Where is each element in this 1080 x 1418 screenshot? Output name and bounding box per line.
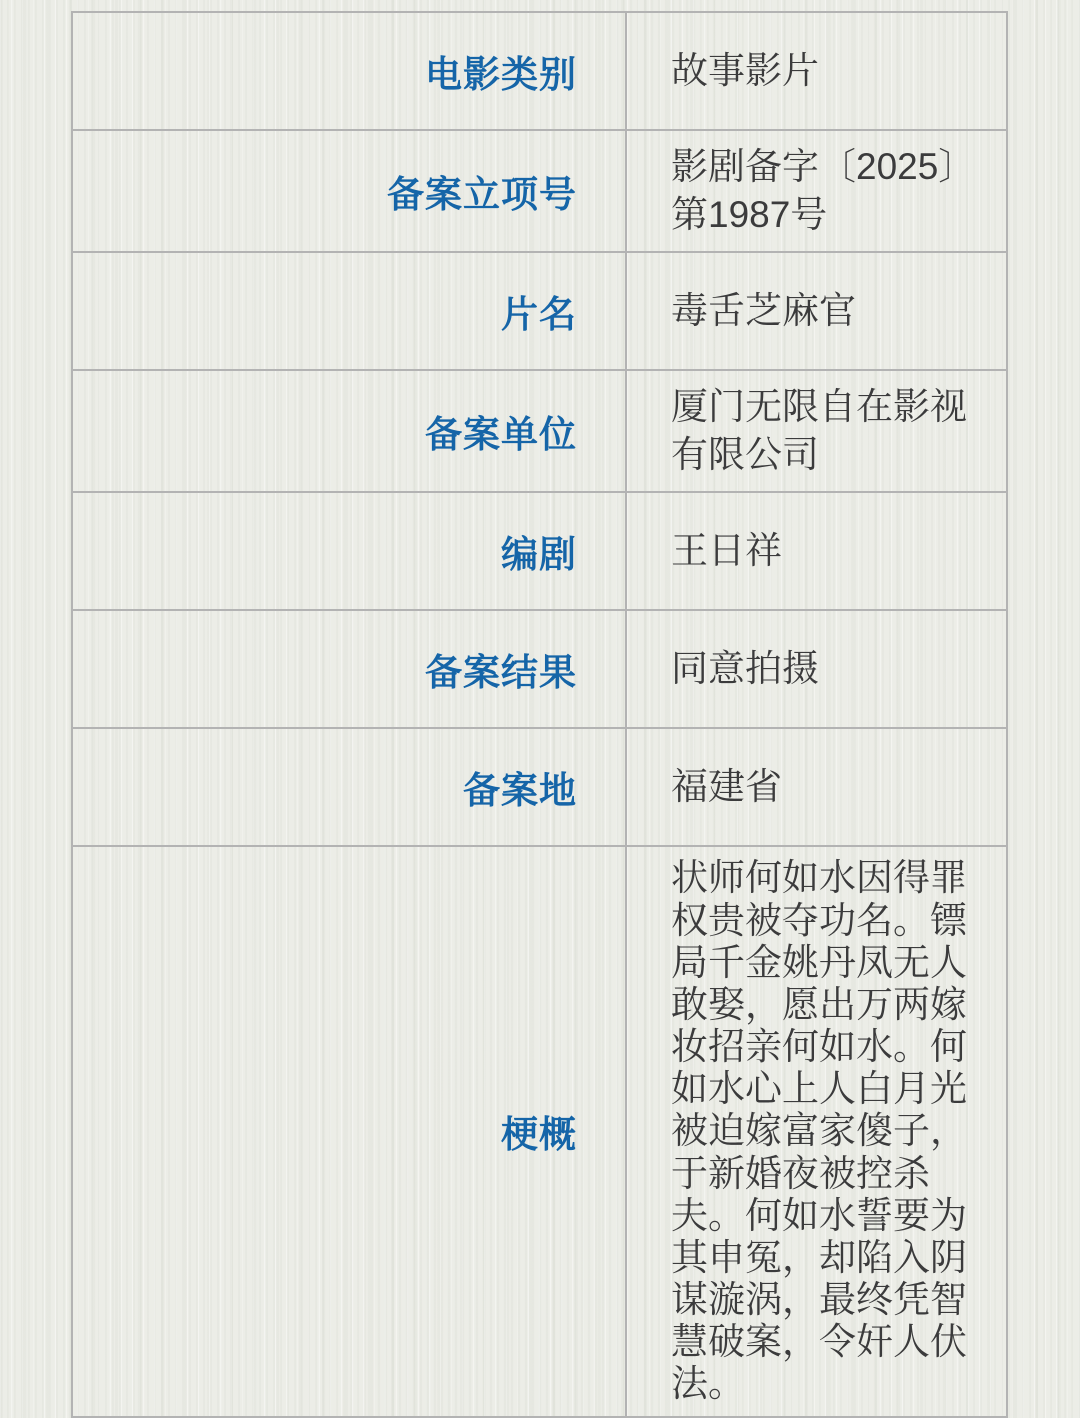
row-value: 故事影片 [625, 13, 1006, 129]
table-row: 备案单位厦门无限自在影视有限公司 [73, 369, 1006, 491]
row-value: 影剧备字〔2025〕第1987号 [625, 131, 1006, 251]
row-label: 备案地 [73, 729, 625, 845]
row-value: 厦门无限自在影视有限公司 [625, 371, 1006, 491]
row-value: 王日祥 [625, 493, 1006, 609]
table-row: 梗概状师何如水因得罪权贵被夺功名。镖局千金姚丹凤无人敢娶，愿出万两嫁妆招亲何如水… [73, 845, 1006, 1324]
table-row: 电影类别故事影片 [73, 13, 1006, 129]
table-row: 片名毒舌芝麻官 [73, 251, 1006, 369]
table-row: 备案立项号影剧备字〔2025〕第1987号 [73, 129, 1006, 251]
table-row: 备案地福建省 [73, 727, 1006, 845]
row-value: 状师何如水因得罪权贵被夺功名。镖局千金姚丹凤无人敢娶，愿出万两嫁妆招亲何如水。何… [625, 847, 1006, 1324]
row-value: 福建省 [625, 729, 1006, 845]
table-row: 备案结果同意拍摄 [73, 609, 1006, 727]
row-label: 片名 [73, 253, 625, 369]
row-label: 梗概 [73, 847, 625, 1324]
table-row: 编剧王日祥 [73, 491, 1006, 609]
row-value: 同意拍摄 [625, 611, 1006, 727]
row-label: 电影类别 [73, 13, 625, 129]
film-registration-table: 电影类别故事影片备案立项号影剧备字〔2025〕第1987号片名毒舌芝麻官备案单位… [71, 11, 1008, 1324]
row-label: 备案结果 [73, 611, 625, 727]
row-label: 备案单位 [73, 371, 625, 491]
row-value: 毒舌芝麻官 [625, 253, 1006, 369]
row-label: 编剧 [73, 493, 625, 609]
row-label: 备案立项号 [73, 131, 625, 251]
